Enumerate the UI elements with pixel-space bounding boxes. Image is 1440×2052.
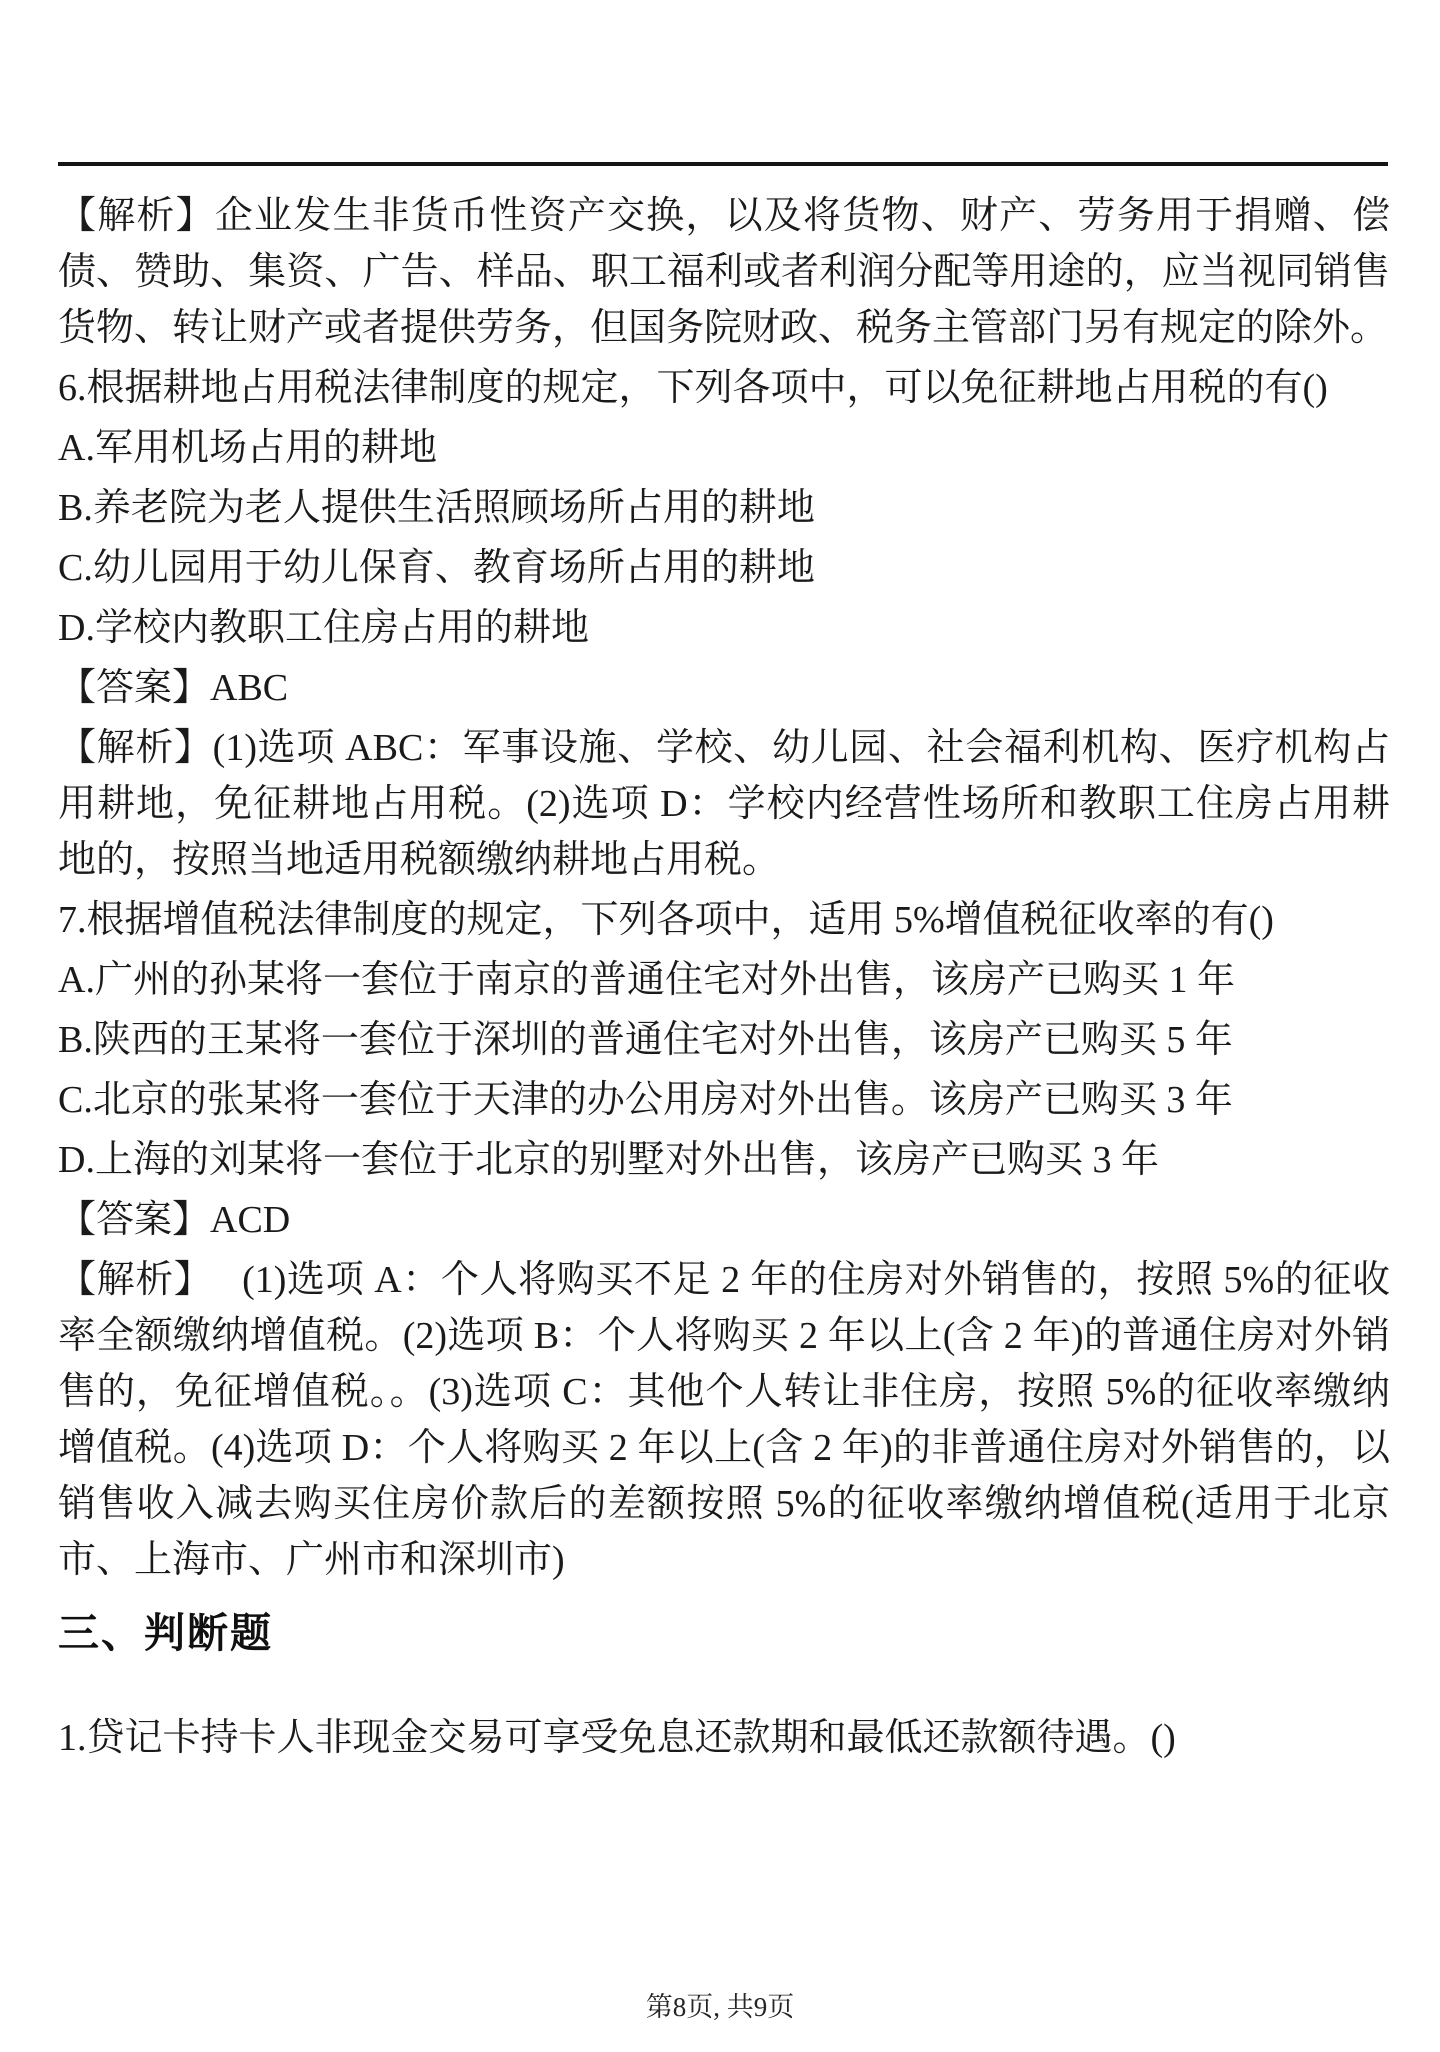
page-footer: 第8页, 共9页 <box>0 1990 1440 2024</box>
analysis-carryover: 【解析】企业发生非货币性资产交换，以及将货物、财产、劳务用于捐赠、偿债、赞助、集… <box>58 188 1390 356</box>
section-heading-judgment: 三、判断题 <box>58 1604 1390 1662</box>
q6-analysis: 【解析】(1)选项 ABC：军事设施、学校、幼儿园、社会福利机构、医疗机构占用耕… <box>58 720 1390 888</box>
q7-option-a: A.广州的孙某将一套位于南京的普通住宅对外出售，该房产已购买 1 年 <box>58 952 1390 1008</box>
q6-option-b: B.养老院为老人提供生活照顾场所占用的耕地 <box>58 480 1390 536</box>
q6-answer: 【答案】ABC <box>58 660 1390 716</box>
q7-answer: 【答案】ACD <box>58 1192 1390 1248</box>
q7-option-c: C.北京的张某将一套位于天津的办公用房对外出售。该房产已购买 3 年 <box>58 1072 1390 1128</box>
q7-analysis: 【解析】 (1)选项 A：个人将购买不足 2 年的住房对外销售的，按照 5%的征… <box>58 1252 1390 1588</box>
q6-option-c: C.幼儿园用于幼儿保育、教育场所占用的耕地 <box>58 540 1390 596</box>
document-content: 【解析】企业发生非货币性资产交换，以及将货物、财产、劳务用于捐赠、偿债、赞助、集… <box>58 188 1390 1770</box>
page-indicator: 第8页, 共9页 <box>646 1992 795 2022</box>
q6-option-a: A.军用机场占用的耕地 <box>58 420 1390 476</box>
judge-q1-stem: 1.贷记卡持卡人非现金交易可享受免息还款期和最低还款额待遇。() <box>58 1710 1390 1766</box>
q6-stem: 6.根据耕地占用税法律制度的规定，下列各项中，可以免征耕地占用税的有() <box>58 360 1390 416</box>
q7-option-d: D.上海的刘某将一套位于北京的别墅对外出售，该房产已购买 3 年 <box>58 1132 1390 1188</box>
q6-option-d: D.学校内教职工住房占用的耕地 <box>58 600 1390 656</box>
q7-stem: 7.根据增值税法律制度的规定，下列各项中，适用 5%增值税征收率的有() <box>58 892 1390 948</box>
header-rule <box>58 162 1388 166</box>
document-page: 【解析】企业发生非货币性资产交换，以及将货物、财产、劳务用于捐赠、偿债、赞助、集… <box>0 0 1440 2052</box>
q7-option-b: B.陕西的王某将一套位于深圳的普通住宅对外出售，该房产已购买 5 年 <box>58 1012 1390 1068</box>
